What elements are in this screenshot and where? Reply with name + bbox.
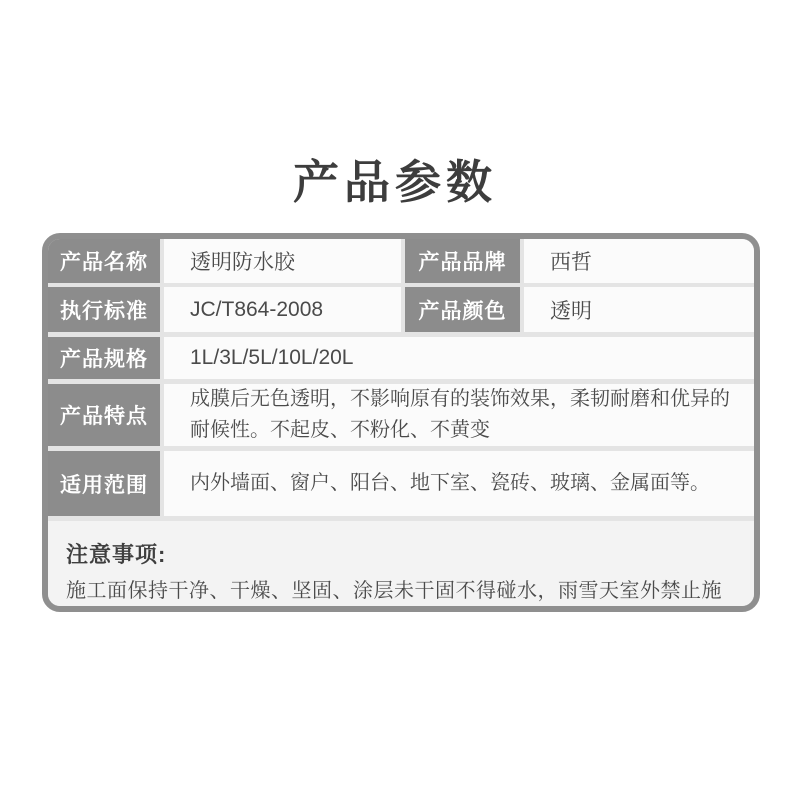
spec-label-application: 适用范围 [48,451,160,516]
spec-value-brand: 西哲 [524,239,754,283]
spec-value-color: 透明 [524,287,754,332]
notes-heading: 注意事项: [66,538,732,569]
spec-label-features: 产品特点 [48,384,160,446]
page-title: 产品参数 [0,146,790,212]
spec-value-product-name: 透明防水胶 [164,239,401,283]
spec-table: 产品名称 透明防水胶 产品品牌 西哲 执行标准 JC/T864-2008 产品颜… [48,239,754,606]
notes-section: 注意事项: 施工面保持干净、干燥、坚固、涂层未干固不得碰水，雨雪天室外禁止施工。 [48,521,754,612]
spec-label-size: 产品规格 [48,337,160,379]
spec-label-color: 产品颜色 [405,287,520,332]
notes-body: 施工面保持干净、干燥、坚固、涂层未干固不得碰水，雨雪天室外禁止施工。 [66,577,732,612]
product-parameters-page: 产品参数 产品名称 透明防水胶 产品品牌 西哲 执行标准 JC/T864-200… [0,0,790,790]
spec-value-features: 成膜后无色透明，不影响原有的装饰效果，柔韧耐磨和优异的耐候性。不起皮、不粉化、不… [164,384,754,446]
spec-value-standard: JC/T864-2008 [164,287,401,332]
spec-value-size: 1L/3L/5L/10L/20L [164,337,754,379]
spec-label-standard: 执行标准 [48,287,160,332]
spec-label-brand: 产品品牌 [405,239,520,283]
spec-card: 产品名称 透明防水胶 产品品牌 西哲 执行标准 JC/T864-2008 产品颜… [42,233,760,612]
spec-label-product-name: 产品名称 [48,239,160,283]
spec-value-application: 内外墙面、窗户、阳台、地下室、瓷砖、玻璃、金属面等。 [164,451,754,516]
